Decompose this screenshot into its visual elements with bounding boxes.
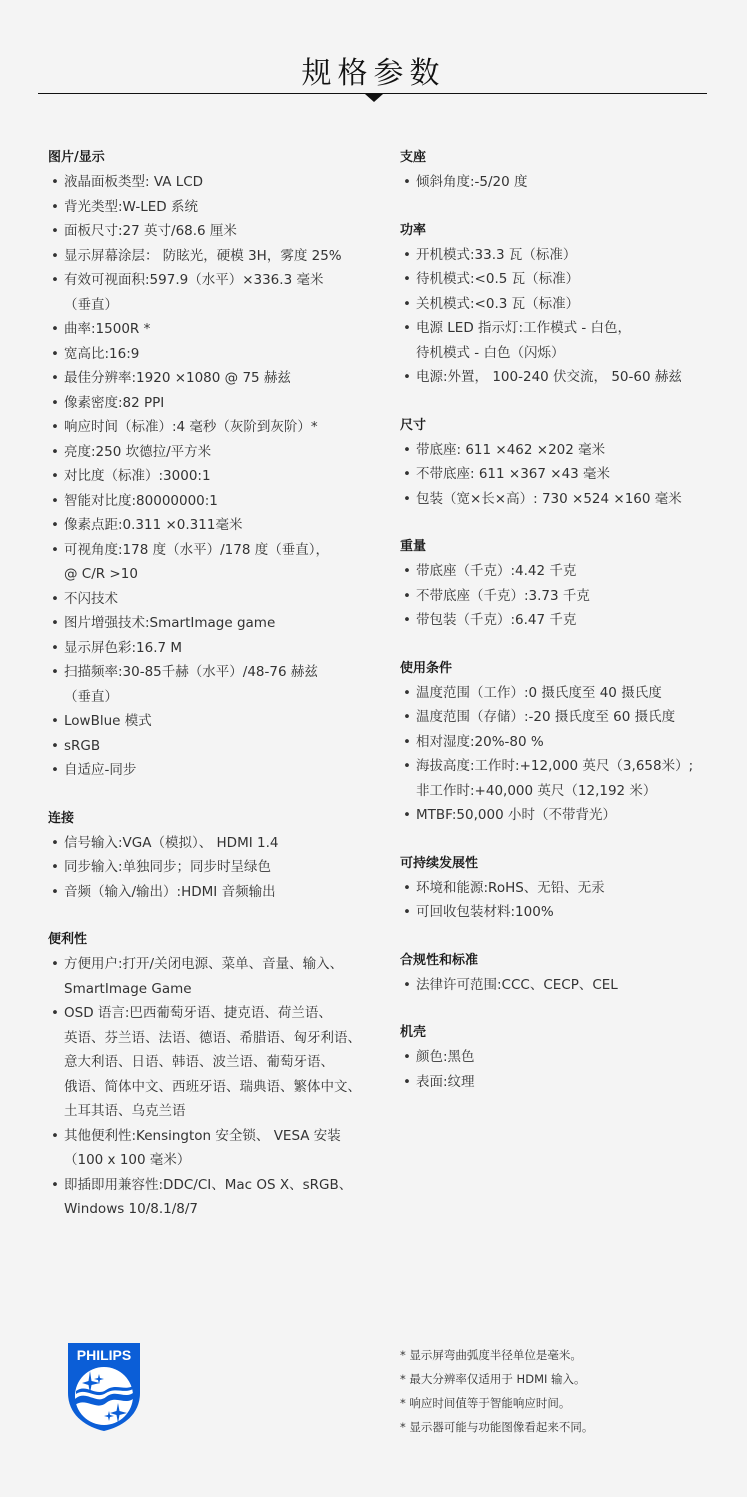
section-title: 连接 [48, 807, 378, 831]
spec-item: 温度范围（工作）:0 摄氏度至 40 摄氏度 [400, 681, 730, 706]
spec-item-continuation: （100 x 100 毫米） [48, 1148, 378, 1173]
down-triangle-icon [365, 94, 383, 102]
spec-item: 曲率:1500R * [48, 317, 378, 342]
spec-item: 有效可视面积:597.9（水平）×336.3 毫米 [48, 268, 378, 293]
spec-section: 机壳颜色:黑色表面:纹理 [400, 1021, 730, 1094]
spec-section: 便利性方便用户:打开/关闭电源、菜单、音量、输入、SmartImage Game… [48, 928, 378, 1222]
spec-item: 响应时间（标准）:4 毫秒（灰阶到灰阶）* [48, 415, 378, 440]
spec-item-continuation: 待机模式 - 白色（闪烁） [400, 341, 730, 366]
section-title: 合规性和标准 [400, 949, 730, 973]
spec-item-continuation: SmartImage Game [48, 977, 378, 1002]
spec-section: 连接信号输入:VGA（模拟）、 HDMI 1.4同步输入:单独同步；同步时呈绿色… [48, 807, 378, 905]
spec-section: 功率开机模式:33.3 瓦（标准）待机模式:<0.5 瓦（标准）关机模式:<0.… [400, 219, 730, 390]
page-title: 规格参数 [0, 48, 747, 92]
spec-item: 不带底座: 611 ×367 ×43 毫米 [400, 462, 730, 487]
section-title: 尺寸 [400, 414, 730, 438]
footnote: * 显示器可能与功能图像看起来不同。 [400, 1415, 593, 1439]
spec-item: 最佳分辨率:1920 ×1080 @ 75 赫兹 [48, 366, 378, 391]
spec-item-continuation: 俄语、简体中文、西班牙语、瑞典语、繁体中文、 [48, 1075, 378, 1100]
spec-item-continuation: 非工作时:+40,000 英尺（12,192 米） [400, 779, 730, 804]
section-title: 支座 [400, 146, 730, 170]
spec-section: 可持续发展性环境和能源:RoHS、无铅、无汞可回收包装材料:100% [400, 852, 730, 925]
spec-item: 方便用户:打开/关闭电源、菜单、音量、输入、 [48, 952, 378, 977]
spec-item: LowBlue 模式 [48, 709, 378, 734]
spec-column-left: 图片/显示液晶面板类型: VA LCD背光类型:W-LED 系统面板尺寸:27 … [48, 146, 378, 1246]
spec-item: 带底座（千克）:4.42 千克 [400, 559, 730, 584]
spec-item: 环境和能源:RoHS、无铅、无汞 [400, 876, 730, 901]
spec-item: 智能对比度:80000000:1 [48, 489, 378, 514]
spec-item: 带包装（千克）:6.47 千克 [400, 608, 730, 633]
spec-item: 电源:外置， 100-240 伏交流， 50-60 赫兹 [400, 365, 730, 390]
spec-item: 可回收包装材料:100% [400, 900, 730, 925]
section-title: 功率 [400, 219, 730, 243]
spec-item: 倾斜角度:-5/20 度 [400, 170, 730, 195]
spec-item: 相对湿度:20%-80 % [400, 730, 730, 755]
spec-column-right: 支座倾斜角度:-5/20 度功率开机模式:33.3 瓦（标准）待机模式:<0.5… [400, 146, 730, 1118]
section-title: 机壳 [400, 1021, 730, 1045]
spec-item-continuation: 意大利语、日语、韩语、波兰语、葡萄牙语、 [48, 1050, 378, 1075]
spec-item-continuation: （垂直） [48, 685, 378, 710]
spec-item-continuation: （垂直） [48, 293, 378, 318]
spec-item: 即插即用兼容性:DDC/CI、Mac OS X、sRGB、 [48, 1173, 378, 1198]
spec-item: MTBF:50,000 小时（不带背光） [400, 803, 730, 828]
spec-item: 音频（输入/输出）:HDMI 音频输出 [48, 880, 378, 905]
spec-item-continuation: @ C/R >10 [48, 562, 378, 587]
spec-item-continuation: 土耳其语、乌克兰语 [48, 1099, 378, 1124]
spec-section: 图片/显示液晶面板类型: VA LCD背光类型:W-LED 系统面板尺寸:27 … [48, 146, 378, 783]
spec-section: 合规性和标准法律许可范围:CCC、CECP、CEL [400, 949, 730, 998]
spec-item: 法律许可范围:CCC、CECP、CEL [400, 973, 730, 998]
spec-item: 背光类型:W-LED 系统 [48, 195, 378, 220]
footnote: * 最大分辨率仅适用于 HDMI 输入。 [400, 1367, 593, 1391]
section-title: 使用条件 [400, 657, 730, 681]
spec-item: 像素密度:82 PPI [48, 391, 378, 416]
spec-item: 其他便利性:Kensington 安全锁、 VESA 安装 [48, 1124, 378, 1149]
philips-shield-logo: PHILIPS [66, 1341, 142, 1433]
section-title: 图片/显示 [48, 146, 378, 170]
spec-item: 液晶面板类型: VA LCD [48, 170, 378, 195]
spec-item-continuation: Windows 10/8.1/8/7 [48, 1197, 378, 1222]
spec-item: 像素点距:0.311 ×0.311毫米 [48, 513, 378, 538]
spec-item: 不闪技术 [48, 587, 378, 612]
spec-item: 温度范围（存储）:-20 摄氏度至 60 摄氏度 [400, 705, 730, 730]
spec-item: 显示屏色彩:16.7 M [48, 636, 378, 661]
spec-item-continuation: 英语、芬兰语、法语、德语、希腊语、匈牙利语、 [48, 1026, 378, 1051]
spec-item: 显示屏幕涂层： 防眩光，硬模 3H，雾度 25% [48, 244, 378, 269]
spec-item: 待机模式:<0.5 瓦（标准） [400, 267, 730, 292]
spec-item: 不带底座（千克）:3.73 千克 [400, 584, 730, 609]
spec-item: 亮度:250 坎德拉/平方米 [48, 440, 378, 465]
spec-section: 使用条件温度范围（工作）:0 摄氏度至 40 摄氏度温度范围（存储）:-20 摄… [400, 657, 730, 828]
spec-item: 图片增强技术:SmartImage game [48, 611, 378, 636]
spec-item: 关机模式:<0.3 瓦（标准） [400, 292, 730, 317]
footnotes: * 显示屏弯曲弧度半径单位是毫米。 * 最大分辨率仅适用于 HDMI 输入。 *… [400, 1343, 593, 1439]
spec-section: 重量带底座（千克）:4.42 千克不带底座（千克）:3.73 千克带包装（千克）… [400, 535, 730, 633]
spec-item: 宽高比:16:9 [48, 342, 378, 367]
spec-item: 海拔高度:工作时:+12,000 英尺（3,658米）; [400, 754, 730, 779]
spec-section: 支座倾斜角度:-5/20 度 [400, 146, 730, 195]
spec-item: 颜色:黑色 [400, 1045, 730, 1070]
spec-item: 电源 LED 指示灯:工作模式 - 白色， [400, 316, 730, 341]
section-title: 可持续发展性 [400, 852, 730, 876]
svg-text:PHILIPS: PHILIPS [77, 1347, 131, 1363]
footnote: * 显示屏弯曲弧度半径单位是毫米。 [400, 1343, 593, 1367]
section-title: 便利性 [48, 928, 378, 952]
spec-item: 可视角度:178 度（水平）/178 度（垂直）， [48, 538, 378, 563]
spec-item: 信号输入:VGA（模拟）、 HDMI 1.4 [48, 831, 378, 856]
spec-item: 表面:纹理 [400, 1070, 730, 1095]
spec-section: 尺寸带底座: 611 ×462 ×202 毫米不带底座: 611 ×367 ×4… [400, 414, 730, 512]
section-title: 重量 [400, 535, 730, 559]
spec-item: 自适应-同步 [48, 758, 378, 783]
spec-item: sRGB [48, 734, 378, 759]
spec-item: 同步输入:单独同步；同步时呈绿色 [48, 855, 378, 880]
footnote: * 响应时间值等于智能响应时间。 [400, 1391, 593, 1415]
spec-item: 扫描频率:30-85千赫（水平）/48-76 赫兹 [48, 660, 378, 685]
spec-item: 开机模式:33.3 瓦（标准） [400, 243, 730, 268]
spec-item: OSD 语言:巴西葡萄牙语、捷克语、荷兰语、 [48, 1001, 378, 1026]
spec-item: 对比度（标准）:3000:1 [48, 464, 378, 489]
spec-item: 带底座: 611 ×462 ×202 毫米 [400, 438, 730, 463]
spec-item: 包装（宽×长×高）: 730 ×524 ×160 毫米 [400, 487, 730, 512]
spec-item: 面板尺寸:27 英寸/68.6 厘米 [48, 219, 378, 244]
